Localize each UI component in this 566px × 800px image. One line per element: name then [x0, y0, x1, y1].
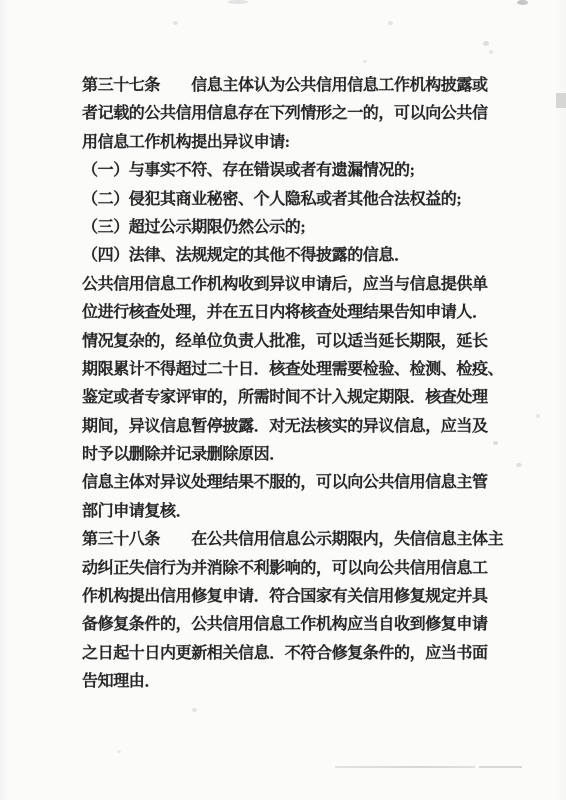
- scan-line-artifact: [335, 766, 475, 768]
- scan-speck: [363, 60, 367, 63]
- scan-speck: [173, 21, 178, 25]
- document-line: 作机构提出信用修复申请．符合国家有关信用修复规定并具: [82, 583, 522, 611]
- document-line: （三）超过公示期限仍然公示的;: [82, 214, 522, 242]
- document-line: 动纠正失信行为并消除不利影响的，可以向公共信用信息工: [82, 555, 522, 583]
- document-text-block: 第三十七条 信息主体认为公共信用信息工作机构披露或 者记载的公共信用信息存在下列…: [82, 72, 522, 697]
- scan-speck: [536, 414, 540, 418]
- document-line: 第三十八条 在公共信用信息公示期限内，失信信息主体主: [82, 526, 522, 554]
- scan-line-artifact: [479, 766, 522, 768]
- document-line: （一）与事实不符、存在错误或者有遗漏情况的;: [82, 157, 522, 185]
- scanned-document-page: 第三十七条 信息主体认为公共信用信息工作机构披露或 者记载的公共信用信息存在下列…: [0, 0, 566, 800]
- document-line: 第三十七条 信息主体认为公共信用信息工作机构披露或: [82, 72, 522, 100]
- document-line: 者记载的公共信用信息存在下列情形之一的，可以向公共信: [82, 100, 522, 128]
- document-line: （二）侵犯其商业秘密、个人隐私或者其他合法权益的;: [82, 186, 522, 214]
- document-line: 位进行核查处理，并在五日内将核查处理结果告知申请人．: [82, 299, 522, 327]
- document-line: 情况复杂的，经单位负责人批准，可以适当延长期限，延长: [82, 328, 522, 356]
- document-line: 公共信用信息工作机构收到异议申请后，应当与信息提供单: [82, 271, 522, 299]
- scan-speck: [117, 750, 121, 753]
- document-line: 鉴定或者专家评审的，所需时间不计入规定期限．核查处理: [82, 384, 522, 412]
- document-line: 期间，异议信息暂停披露．对无法核实的异议信息，应当及: [82, 413, 522, 441]
- document-line: 部门申请复核．: [82, 498, 522, 526]
- scan-speck: [192, 708, 197, 712]
- document-line: 告知理由．: [82, 668, 522, 696]
- scan-speck: [489, 50, 493, 54]
- scan-smudge: [517, 0, 528, 5]
- scan-speck: [483, 41, 489, 46]
- document-line: 时予以删除并记录删除原因．: [82, 441, 522, 469]
- document-line: （四）法律、法规规定的其他不得披露的信息．: [82, 242, 522, 270]
- scan-speck: [388, 21, 393, 25]
- document-line: 之日起十日内更新相关信息．不符合修复条件的，应当书面: [82, 640, 522, 668]
- document-line: 备修复条件的，公共信用信息工作机构应当自收到修复申请: [82, 611, 522, 639]
- document-line: 用信息工作机构提出异议申请:: [82, 129, 522, 157]
- document-line: 期限累计不得超过二十日．核查处理需要检验、检测、检疫、: [82, 356, 522, 384]
- document-line: 信息主体对异议处理结果不服的，可以向公共信用信息主管: [82, 469, 522, 497]
- scan-smudge: [228, 0, 248, 4]
- scan-smudge: [556, 93, 566, 108]
